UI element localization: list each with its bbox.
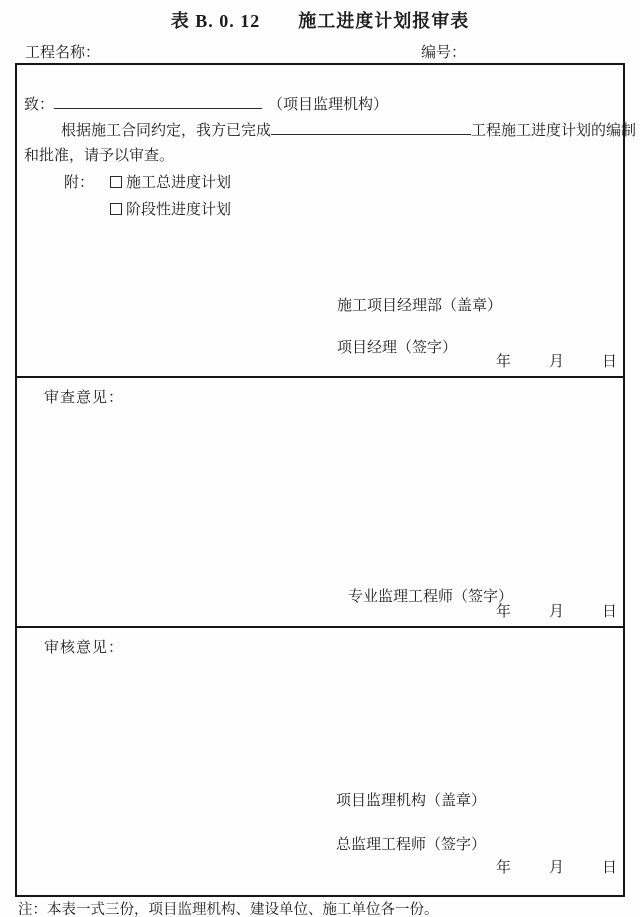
attachment-label: 附： [64,171,94,192]
section-review-opinion: 审查意见： 专业监理工程师（签字） 年 月 日 [17,376,623,626]
supervising-engineer-sign-line: 专业监理工程师（签字） [348,585,513,606]
checkbox-icon[interactable] [110,203,122,215]
audit-opinion-heading: 审核意见： [44,636,124,657]
date-day-label: 日 [602,600,617,621]
chief-engineer-sign-line: 总监理工程师（签字） [336,833,486,854]
form-box: 致：（项目监理机构） 根据施工合同约定，我方已完成工程施工进度计划的编制 和批准… [15,63,625,897]
section-audit-opinion: 审核意见： 项目监理机构（盖章） 总监理工程师（签字） 年 月 日 [17,626,623,895]
project-blank-field[interactable] [271,120,471,135]
review-opinion-heading: 审查意见： [44,386,124,407]
date-row: 年 月 日 [496,856,617,877]
footer-note: 注：本表一式三份，项目监理机构、建设单位、施工单位各一份。 [18,898,439,917]
checkbox-icon[interactable] [110,176,122,188]
section-request: 致：（项目监理机构） 根据施工合同约定，我方已完成工程施工进度计划的编制 和批准… [17,65,623,376]
contractor-dept-stamp-line: 施工项目经理部（盖章） [337,294,502,315]
supervision-org-stamp-line: 项目监理机构（盖章） [336,789,486,810]
date-day-label: 日 [602,350,617,371]
attachment-items: 施工总进度计划 阶段性进度计划 [110,171,231,225]
date-year-label: 年 [496,600,511,621]
body-line1-pre: 根据施工合同约定，我方已完成 [61,123,271,139]
checkbox-total-schedule-label: 施工总进度计划 [126,171,231,192]
body-line-2: 和批准，请予以审查。 [24,144,174,165]
date-row: 年 月 日 [496,600,617,621]
checkbox-row-stage-schedule[interactable]: 阶段性进度计划 [110,198,231,219]
to-row: 致：（项目监理机构） [24,93,388,114]
body-line-1: 根据施工合同约定，我方已完成工程施工进度计划的编制 [24,119,636,140]
body-line1-post: 工程施工进度计划的编制 [471,123,636,139]
project-name-label: 工程名称： [25,41,100,62]
form-title: 表 B. 0. 12 施工进度计划报审表 [0,7,640,33]
date-day-label: 日 [602,856,617,877]
to-suffix: （项目监理机构） [268,97,388,113]
date-year-label: 年 [496,856,511,877]
to-blank-field[interactable] [54,94,262,109]
date-month-label: 月 [549,856,564,877]
checkbox-row-total-schedule[interactable]: 施工总进度计划 [110,171,231,192]
checkbox-stage-schedule-label: 阶段性进度计划 [126,198,231,219]
date-month-label: 月 [549,350,564,371]
number-label: 编号： [421,41,466,62]
date-row: 年 月 日 [496,350,617,371]
project-manager-sign-line: 项目经理（签字） [337,336,457,357]
attachment-row: 附： 施工总进度计划 阶段性进度计划 [64,171,231,225]
date-month-label: 月 [549,600,564,621]
date-year-label: 年 [496,350,511,371]
to-label: 致： [24,97,54,113]
form-page: 表 B. 0. 12 施工进度计划报审表 工程名称： 编号： 致：（项目监理机构… [0,0,640,917]
